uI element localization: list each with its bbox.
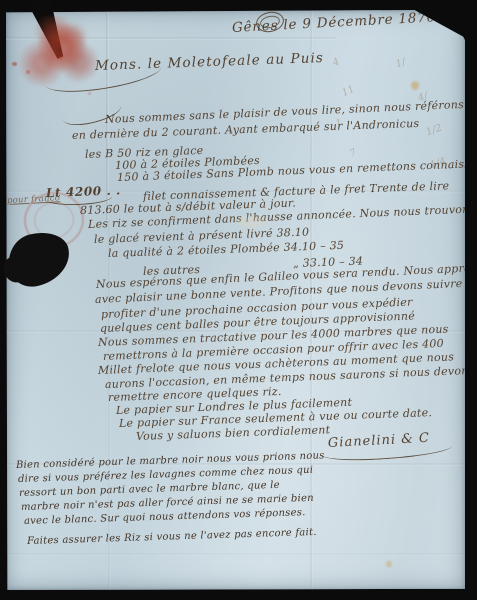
scan-background: { "colors": { "background": "#0b0b0c", "… [0,0,477,600]
letter-paper: Gênes le 9 Décembre 1870. Mons. le Molet… [6,10,465,590]
seal-speckle [26,70,30,74]
seal-speckle [12,62,17,66]
fold-crease-bottom [6,553,465,556]
postscript-line: Faites assurer les Riz si vous ne l'avez… [27,527,317,547]
pencil-mark: 1/ [394,57,407,71]
seal-speckle [88,92,91,95]
pencil-mark: 4 [331,56,341,69]
address-line: Mons. le Moletofeale au Puis [95,50,324,74]
stain-spot [411,81,419,90]
seal-speckle [58,56,62,59]
stain-spot [386,561,392,567]
stain-smudge [236,216,266,228]
pencil-mark: 11 [340,84,356,99]
pencil-mark: 7 [348,147,358,160]
pencil-mark: 1/2 [425,123,444,139]
wax-seal-residue [18,16,98,86]
